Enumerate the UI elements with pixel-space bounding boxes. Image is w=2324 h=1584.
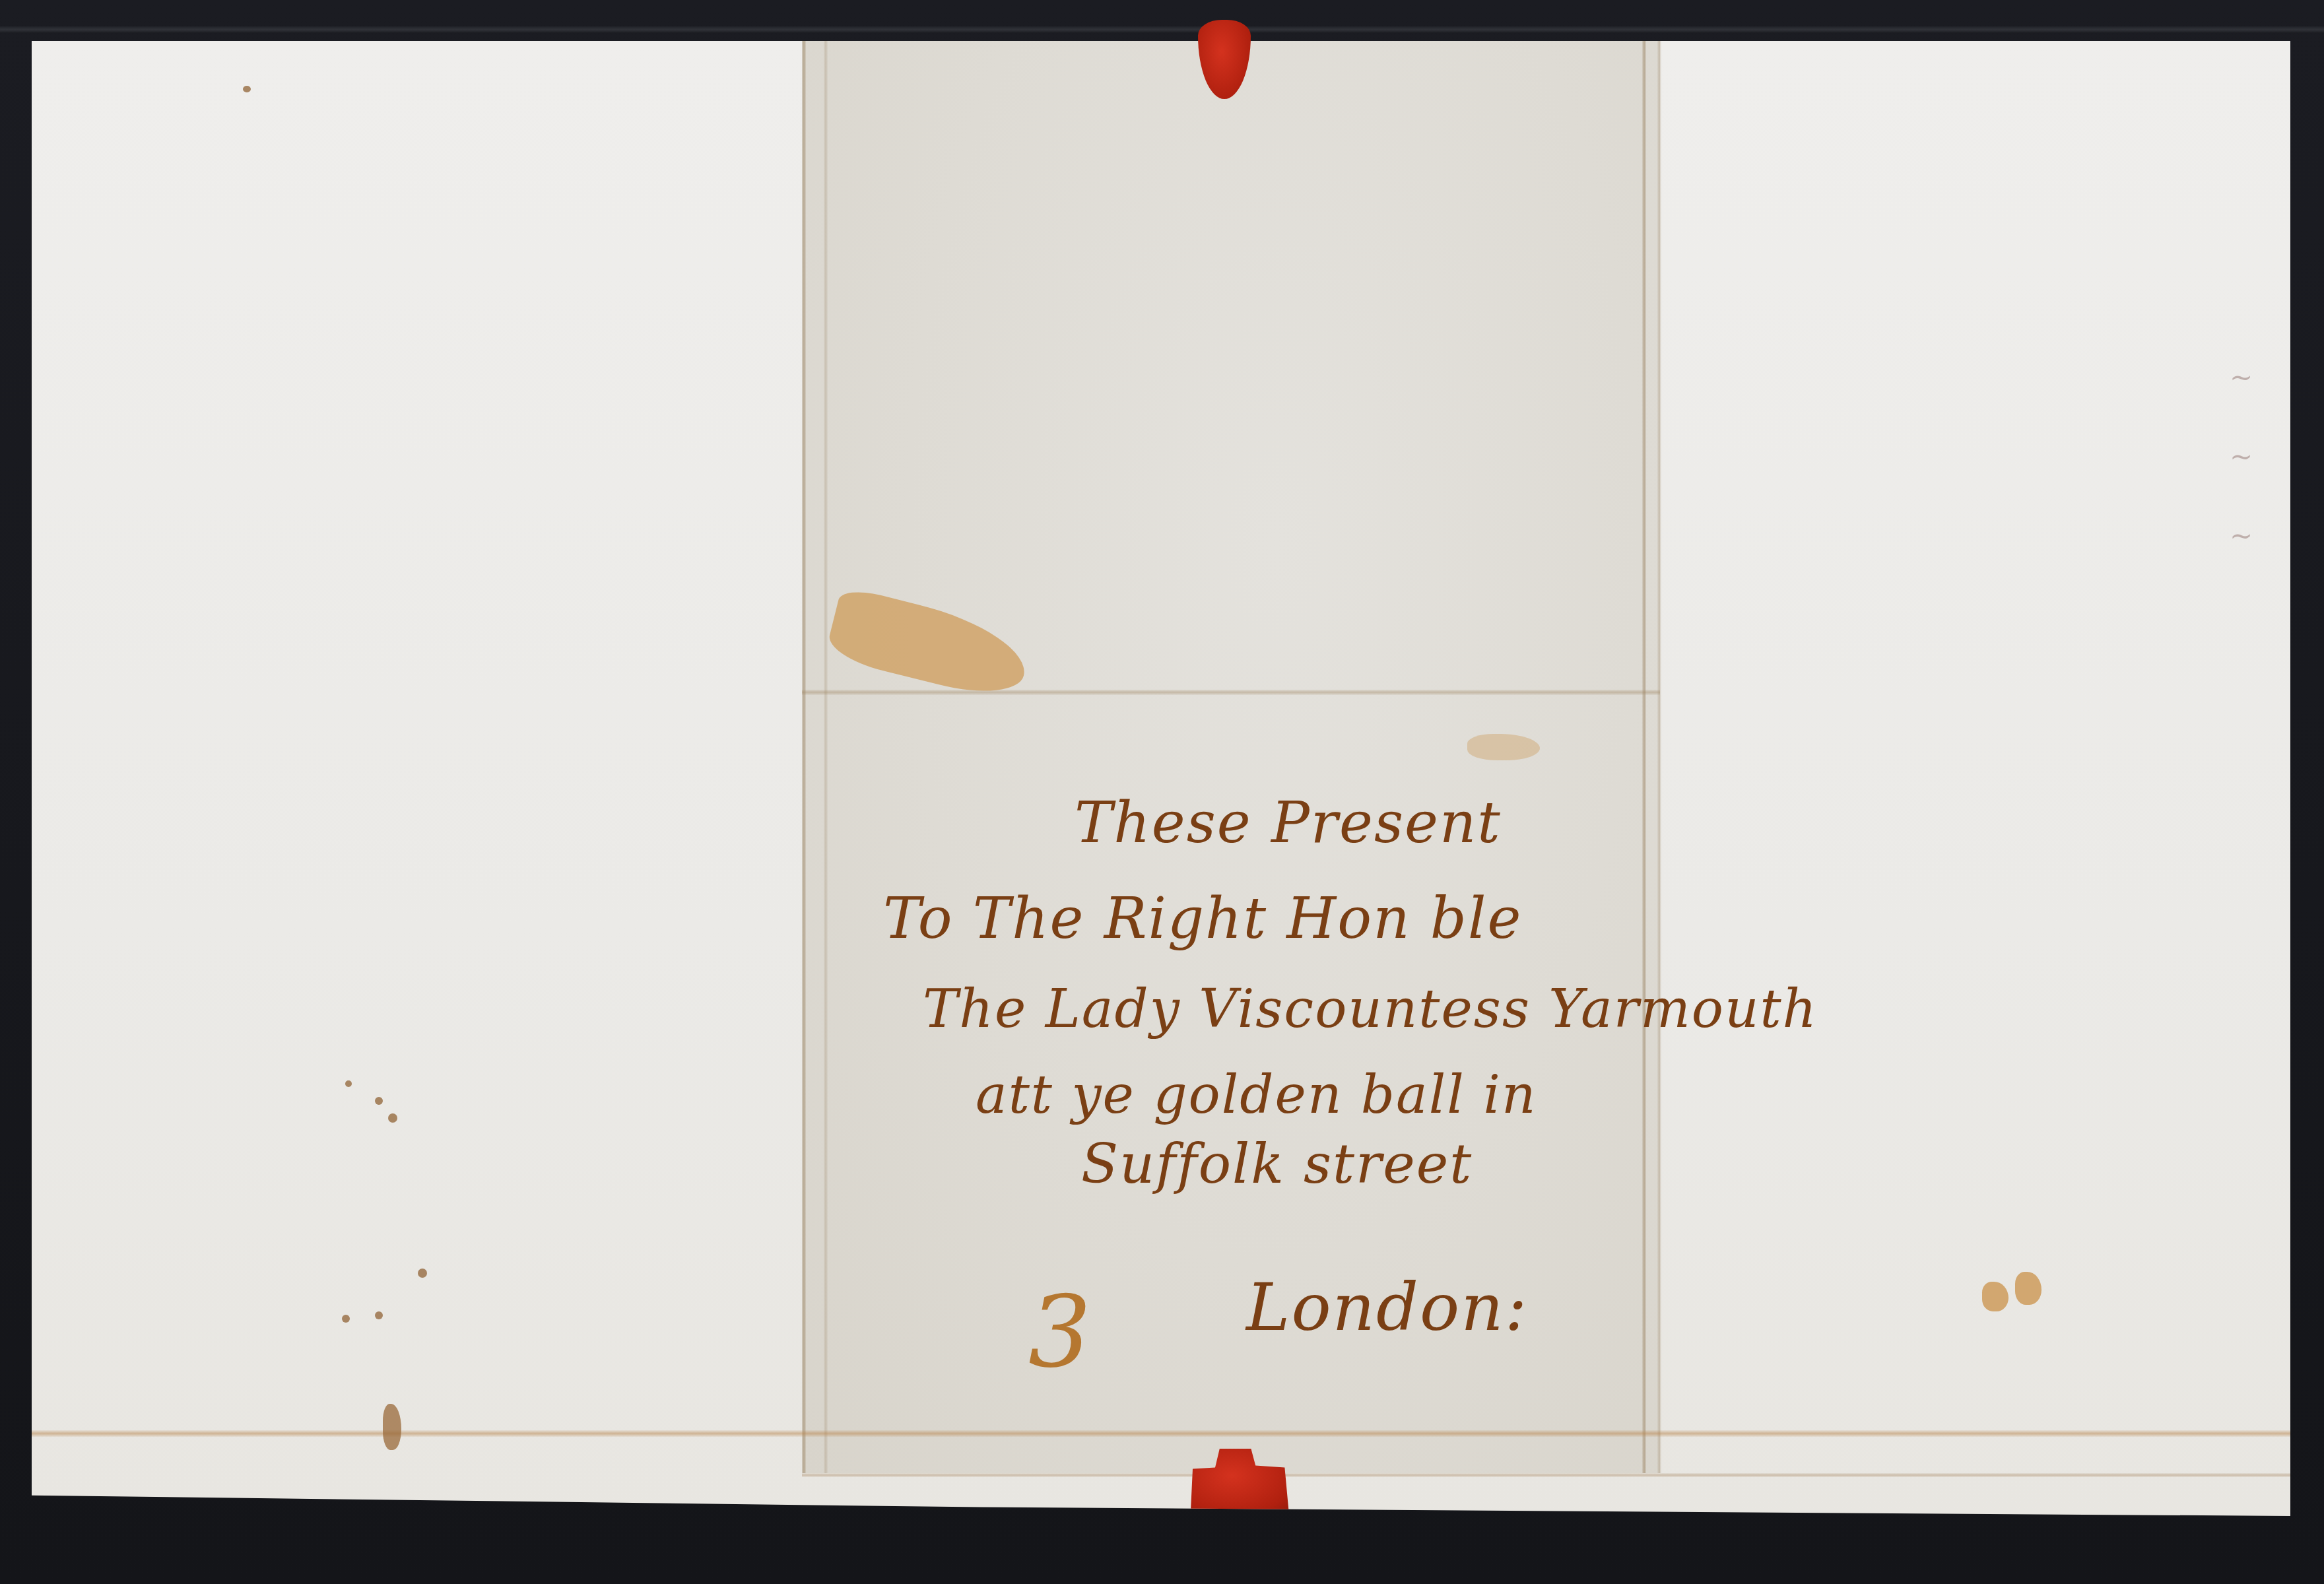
address-line: att ye golden ball in xyxy=(976,1064,1537,1125)
backdrop-edge xyxy=(0,26,2324,33)
address-line: Suffolk street xyxy=(1081,1133,1473,1196)
address-line: These Present xyxy=(1075,790,1502,856)
address-line: To The Right Hon ble xyxy=(883,886,1522,952)
letter-sheet: These Present To The Right Hon ble The L… xyxy=(32,41,2290,1516)
address-line: The Lady Viscountess Yarmouth xyxy=(923,978,1818,1039)
address-block: These Present To The Right Hon ble The L… xyxy=(32,41,2290,1516)
address-line-city: London: xyxy=(1246,1269,1528,1346)
postal-mark: 3 xyxy=(1028,1275,1091,1390)
